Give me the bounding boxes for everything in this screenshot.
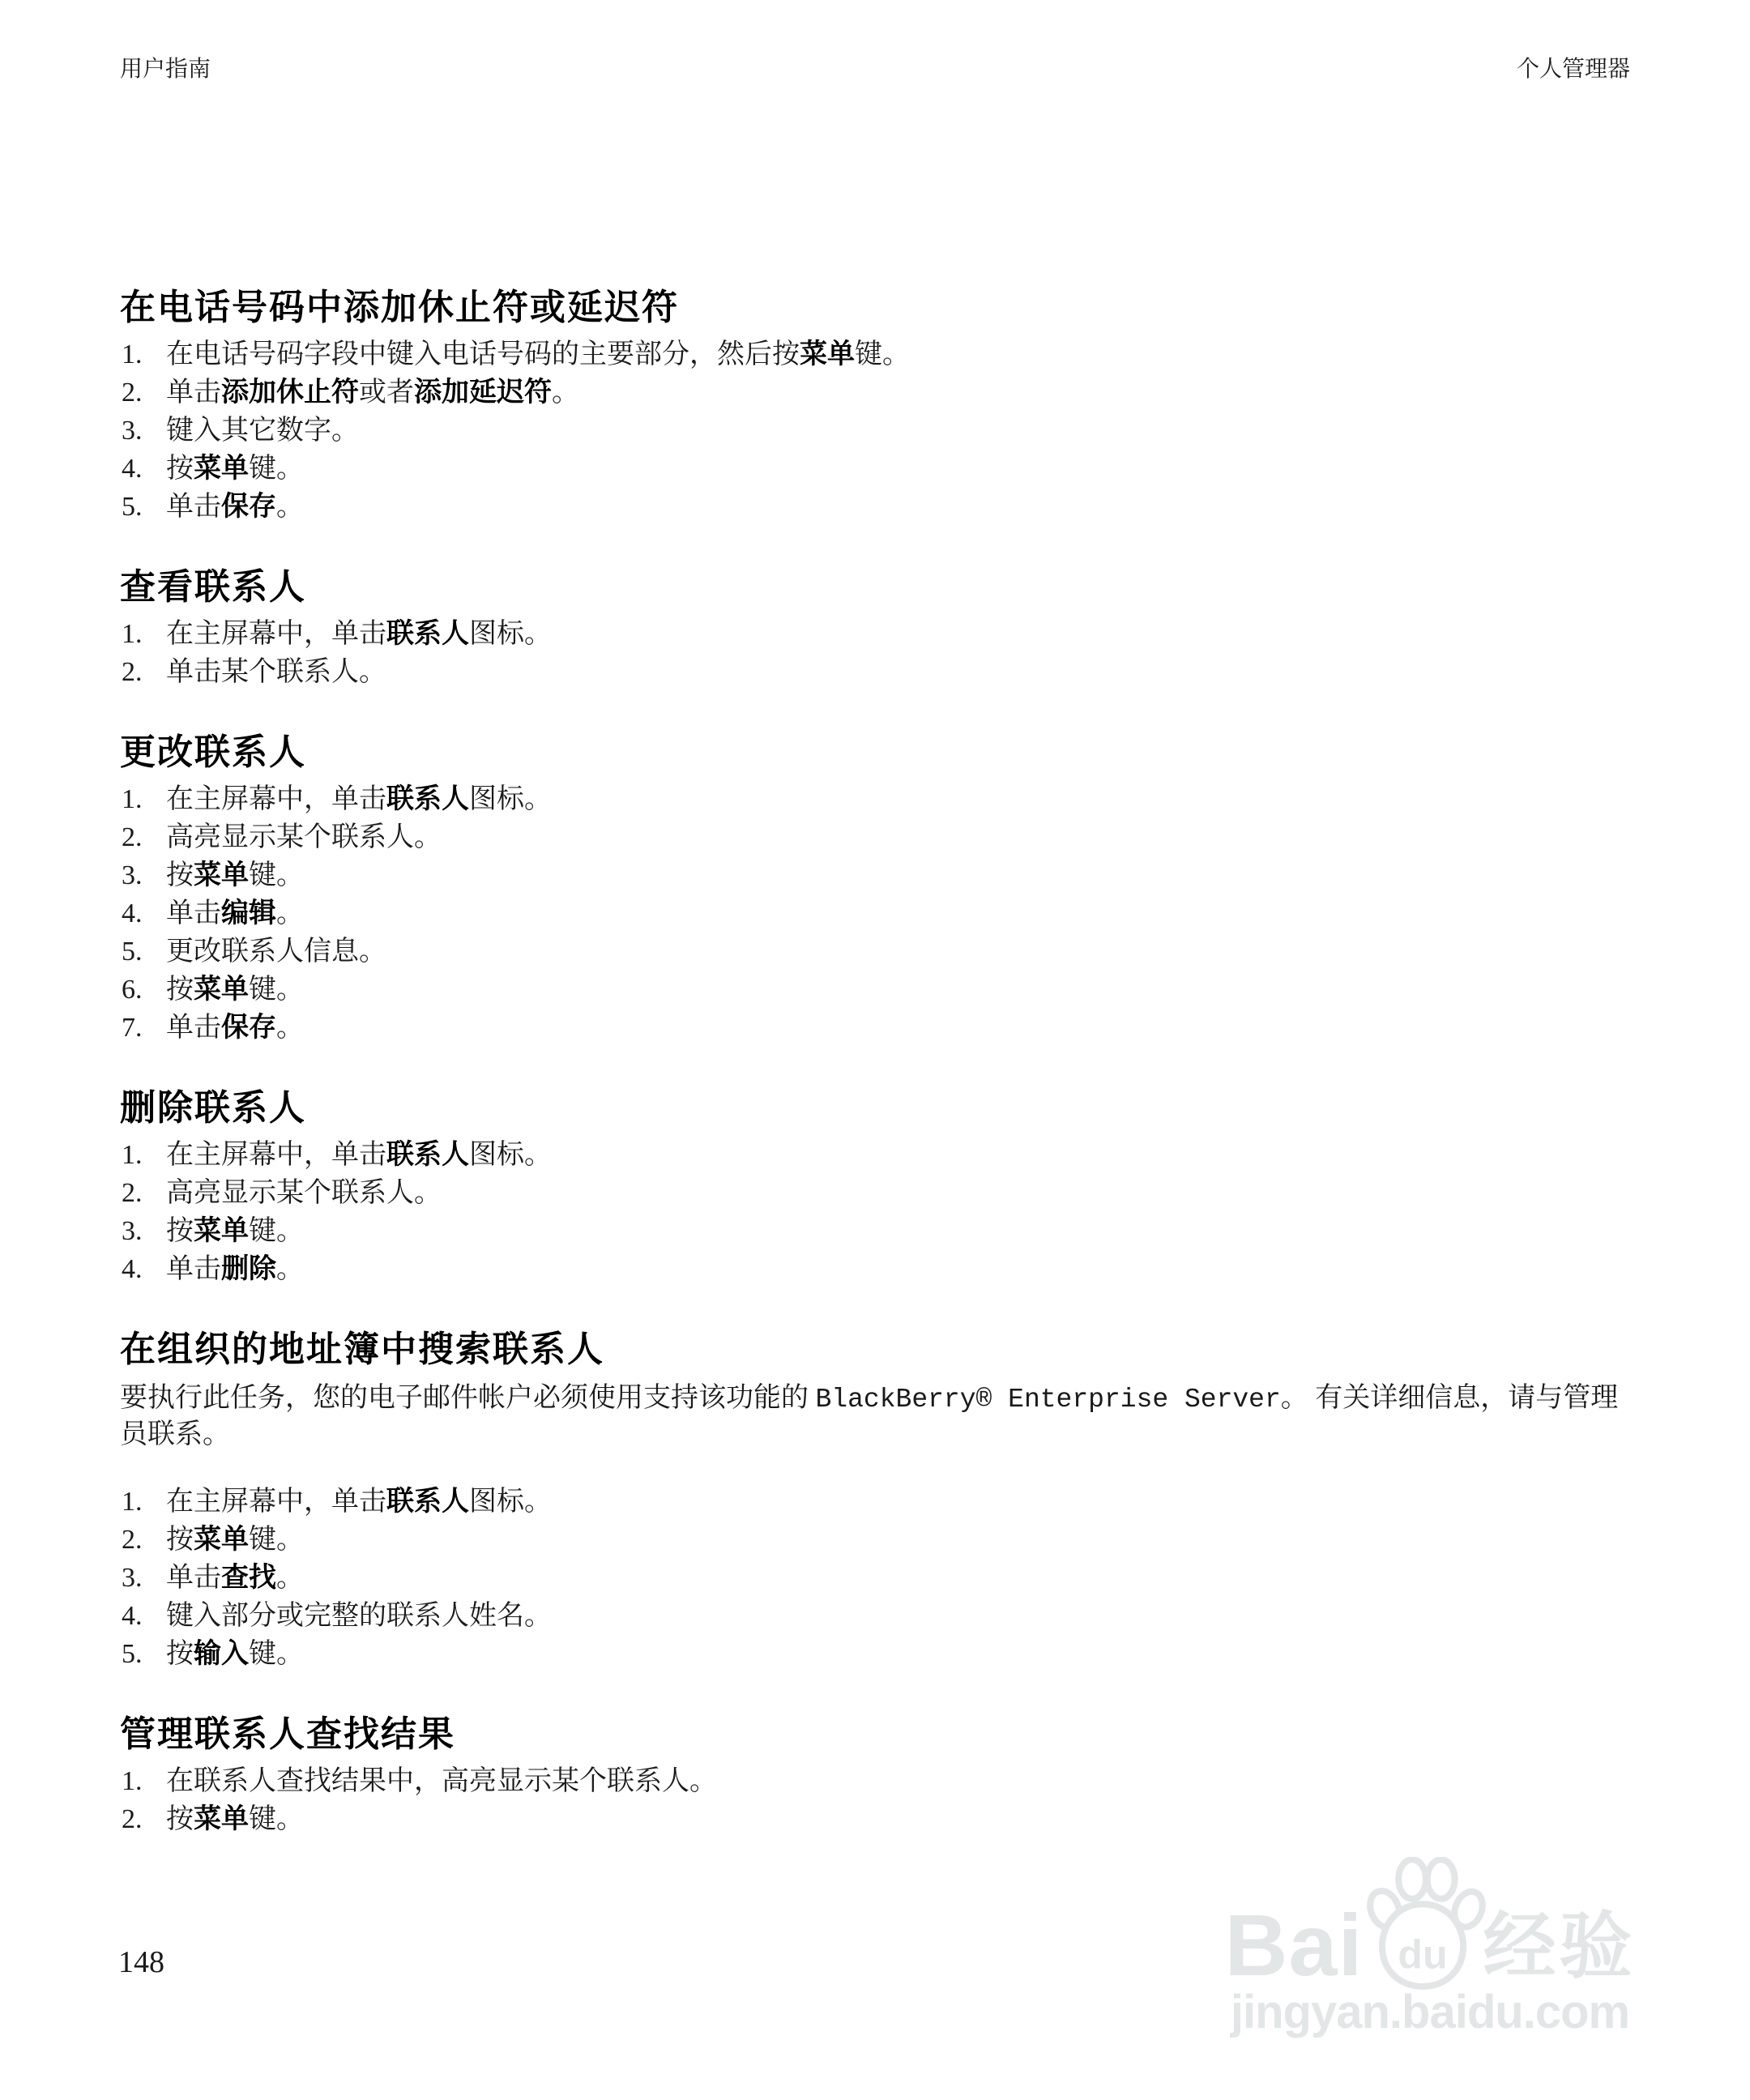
keyword-bold: 查找 — [221, 1562, 276, 1593]
baidu-jingyan-watermark: Bai du 经验 jingyan.baidu.com — [1203, 1857, 1657, 2039]
text-run: 单击 — [166, 1254, 221, 1284]
watermark-logo-row: Bai du 经验 — [1203, 1857, 1657, 1982]
keyword-bold: 菜单 — [194, 1524, 249, 1555]
list-item: 单击某个联系人。 — [120, 653, 1630, 691]
text-run: 图标。 — [469, 784, 552, 814]
text-run: 。 — [552, 378, 579, 408]
numbered-step-list: 在主屏幕中，单击联系人图标。按菜单键。单击查找。键入部分或完整的联系人姓名。按输… — [120, 1483, 1630, 1673]
keyword-bold: 菜单 — [194, 453, 249, 484]
text-run: 图标。 — [469, 1140, 552, 1170]
section-paragraph: 要执行此任务，您的电子邮件帐户必须使用支持该功能的 BlackBerry® En… — [120, 1381, 1630, 1452]
text-run: 在主屏幕中，单击 — [166, 784, 386, 814]
list-item: 高亮显示某个联系人。 — [120, 818, 1630, 856]
text-run: 键。 — [249, 975, 304, 1005]
list-item: 更改联系人信息。 — [120, 933, 1630, 971]
keyword-bold: 编辑 — [221, 898, 276, 928]
list-item: 按菜单键。 — [120, 1521, 1630, 1559]
text-run: 。 — [276, 1254, 304, 1284]
section: 删除联系人在主屏幕中，单击联系人图标。高亮显示某个联系人。按菜单键。单击删除。 — [120, 1089, 1630, 1288]
list-item: 单击保存。 — [120, 1009, 1630, 1047]
keyword-bold: 联系人 — [386, 1139, 469, 1170]
watermark-url: jingyan.baidu.com — [1203, 1985, 1657, 2039]
keyword-bold: 菜单 — [194, 860, 249, 890]
text-run: 键。 — [249, 454, 304, 484]
list-item: 单击添加休止符或者添加延迟符。 — [120, 373, 1630, 412]
text-run: 。 — [276, 492, 304, 522]
page-header: 用户指南 个人管理器 — [120, 53, 1630, 86]
list-item: 按菜单键。 — [120, 450, 1630, 488]
list-item: 在联系人查找结果中，高亮显示某个联系人。 — [120, 1762, 1630, 1800]
keyword-bold: 删除 — [221, 1253, 276, 1284]
numbered-step-list: 在主屏幕中，单击联系人图标。高亮显示某个联系人。按菜单键。单击删除。 — [120, 1136, 1630, 1288]
numbered-step-list: 在主屏幕中，单击联系人图标。高亮显示某个联系人。按菜单键。单击编辑。更改联系人信… — [120, 780, 1630, 1047]
page-number: 148 — [118, 1944, 164, 1980]
text-run: 按 — [166, 1525, 194, 1555]
text-run: 按 — [166, 1639, 194, 1669]
section-heading: 在电话号码中添加休止符或延迟符 — [120, 288, 1630, 327]
text-run: 键入部分或完整的联系人姓名。 — [166, 1601, 552, 1631]
header-right-title: 个人管理器 — [1517, 53, 1630, 86]
section: 在组织的地址簿中搜索联系人要执行此任务，您的电子邮件帐户必须使用支持该功能的 B… — [120, 1330, 1630, 1673]
text-run: 在主屏幕中，单击 — [166, 1487, 386, 1517]
list-item: 单击保存。 — [120, 488, 1630, 526]
list-item: 单击编辑。 — [120, 894, 1630, 933]
text-run: 键。 — [249, 860, 304, 890]
text-run: 键。 — [249, 1804, 304, 1834]
keyword-bold: 添加延迟符 — [414, 377, 552, 408]
text-run: 键入其它数字。 — [166, 416, 359, 446]
text-run: 单击 — [166, 492, 221, 522]
text-run: 或者 — [359, 378, 414, 408]
text-run: 键。 — [249, 1639, 304, 1669]
text-run: 高亮显示某个联系人。 — [166, 1178, 442, 1208]
keyword-bold: 联系人 — [386, 618, 469, 649]
text-run: 单击 — [166, 1013, 221, 1043]
text-run: 键。 — [249, 1525, 304, 1555]
numbered-step-list: 在电话号码字段中键入电话号码的主要部分，然后按菜单键。单击添加休止符或者添加延迟… — [120, 335, 1630, 526]
section: 更改联系人在主屏幕中，单击联系人图标。高亮显示某个联系人。按菜单键。单击编辑。更… — [120, 733, 1630, 1047]
text-run: 单击某个联系人。 — [166, 657, 386, 687]
text-run: 图标。 — [469, 1487, 552, 1517]
keyword-bold: 保存 — [221, 1012, 276, 1043]
text-run: 单击 — [166, 898, 221, 928]
text-run: 键。 — [249, 1216, 304, 1246]
keyword-bold: 菜单 — [194, 974, 249, 1005]
keyword-bold: 菜单 — [194, 1215, 249, 1246]
list-item: 在主屏幕中，单击联系人图标。 — [120, 1136, 1630, 1174]
list-item: 在主屏幕中，单击联系人图标。 — [120, 780, 1630, 818]
list-item: 按菜单键。 — [120, 1800, 1630, 1838]
text-run: 高亮显示某个联系人。 — [166, 822, 442, 852]
header-left-title: 用户指南 — [120, 53, 211, 86]
section: 查看联系人在主屏幕中，单击联系人图标。单击某个联系人。 — [120, 568, 1630, 691]
section-heading: 管理联系人查找结果 — [120, 1715, 1630, 1754]
keyword-bold: 菜单 — [800, 339, 855, 369]
content-area: 在电话号码中添加休止符或延迟符在电话号码字段中键入电话号码的主要部分，然后按菜单… — [120, 288, 1630, 1838]
baidu-paw-icon: du — [1357, 1857, 1488, 1993]
list-item: 按菜单键。 — [120, 971, 1630, 1009]
list-item: 在主屏幕中，单击联系人图标。 — [120, 1483, 1630, 1521]
text-run: 在主屏幕中，单击 — [166, 619, 386, 649]
product-name: BlackBerry® Enterprise Server — [816, 1385, 1281, 1415]
keyword-bold: 联系人 — [386, 783, 469, 814]
text-run: 。 — [276, 1013, 304, 1043]
numbered-step-list: 在主屏幕中，单击联系人图标。单击某个联系人。 — [120, 615, 1630, 691]
list-item: 按菜单键。 — [120, 856, 1630, 894]
section: 在电话号码中添加休止符或延迟符在电话号码字段中键入电话号码的主要部分，然后按菜单… — [120, 288, 1630, 526]
text-run: 更改联系人信息。 — [166, 937, 386, 967]
keyword-bold: 联系人 — [386, 1486, 469, 1517]
section-heading: 在组织的地址簿中搜索联系人 — [120, 1330, 1630, 1369]
text-run: 图标。 — [469, 619, 552, 649]
text-run: 键。 — [855, 339, 910, 369]
keyword-bold: 菜单 — [194, 1803, 249, 1834]
watermark-brand-du: du — [1398, 1931, 1447, 1977]
list-item: 键入部分或完整的联系人姓名。 — [120, 1597, 1630, 1635]
keyword-bold: 保存 — [221, 491, 276, 522]
text-run: 单击 — [166, 378, 221, 408]
section-heading: 删除联系人 — [120, 1089, 1630, 1128]
text-run: 按 — [166, 454, 194, 484]
list-item: 单击删除。 — [120, 1250, 1630, 1288]
text-run: 。 — [276, 898, 304, 928]
list-item: 高亮显示某个联系人。 — [120, 1174, 1630, 1212]
section: 管理联系人查找结果在联系人查找结果中，高亮显示某个联系人。按菜单键。 — [120, 1715, 1630, 1838]
document-page: 用户指南 个人管理器 在电话号码中添加休止符或延迟符在电话号码字段中键入电话号码… — [0, 0, 1750, 2100]
keyword-bold: 输入 — [194, 1638, 249, 1669]
list-item: 键入其它数字。 — [120, 412, 1630, 450]
watermark-brand-cn: 经验 — [1483, 1913, 1636, 1983]
list-item: 在电话号码字段中键入电话号码的主要部分，然后按菜单键。 — [120, 335, 1630, 373]
text-run: 按 — [166, 1804, 194, 1834]
section-heading: 更改联系人 — [120, 733, 1630, 772]
text-run: 。 — [276, 1563, 304, 1593]
text-run: 要执行此任务，您的电子邮件帐户必须使用支持该功能的 — [120, 1383, 816, 1413]
list-item: 按输入键。 — [120, 1635, 1630, 1673]
list-item: 单击查找。 — [120, 1559, 1630, 1597]
keyword-bold: 添加休止符 — [221, 377, 359, 408]
text-run: 按 — [166, 1216, 194, 1246]
text-run: 在电话号码字段中键入电话号码的主要部分，然后按 — [166, 339, 800, 369]
numbered-step-list: 在联系人查找结果中，高亮显示某个联系人。按菜单键。 — [120, 1762, 1630, 1838]
list-item: 按菜单键。 — [120, 1212, 1630, 1250]
watermark-brand-bai: Bai — [1224, 1910, 1363, 1982]
text-run: 按 — [166, 860, 194, 890]
text-run: 单击 — [166, 1563, 221, 1593]
text-run: 按 — [166, 975, 194, 1005]
text-run: 在主屏幕中，单击 — [166, 1140, 386, 1170]
list-item: 在主屏幕中，单击联系人图标。 — [120, 615, 1630, 653]
section-heading: 查看联系人 — [120, 568, 1630, 607]
text-run: 在联系人查找结果中，高亮显示某个联系人。 — [166, 1766, 717, 1796]
